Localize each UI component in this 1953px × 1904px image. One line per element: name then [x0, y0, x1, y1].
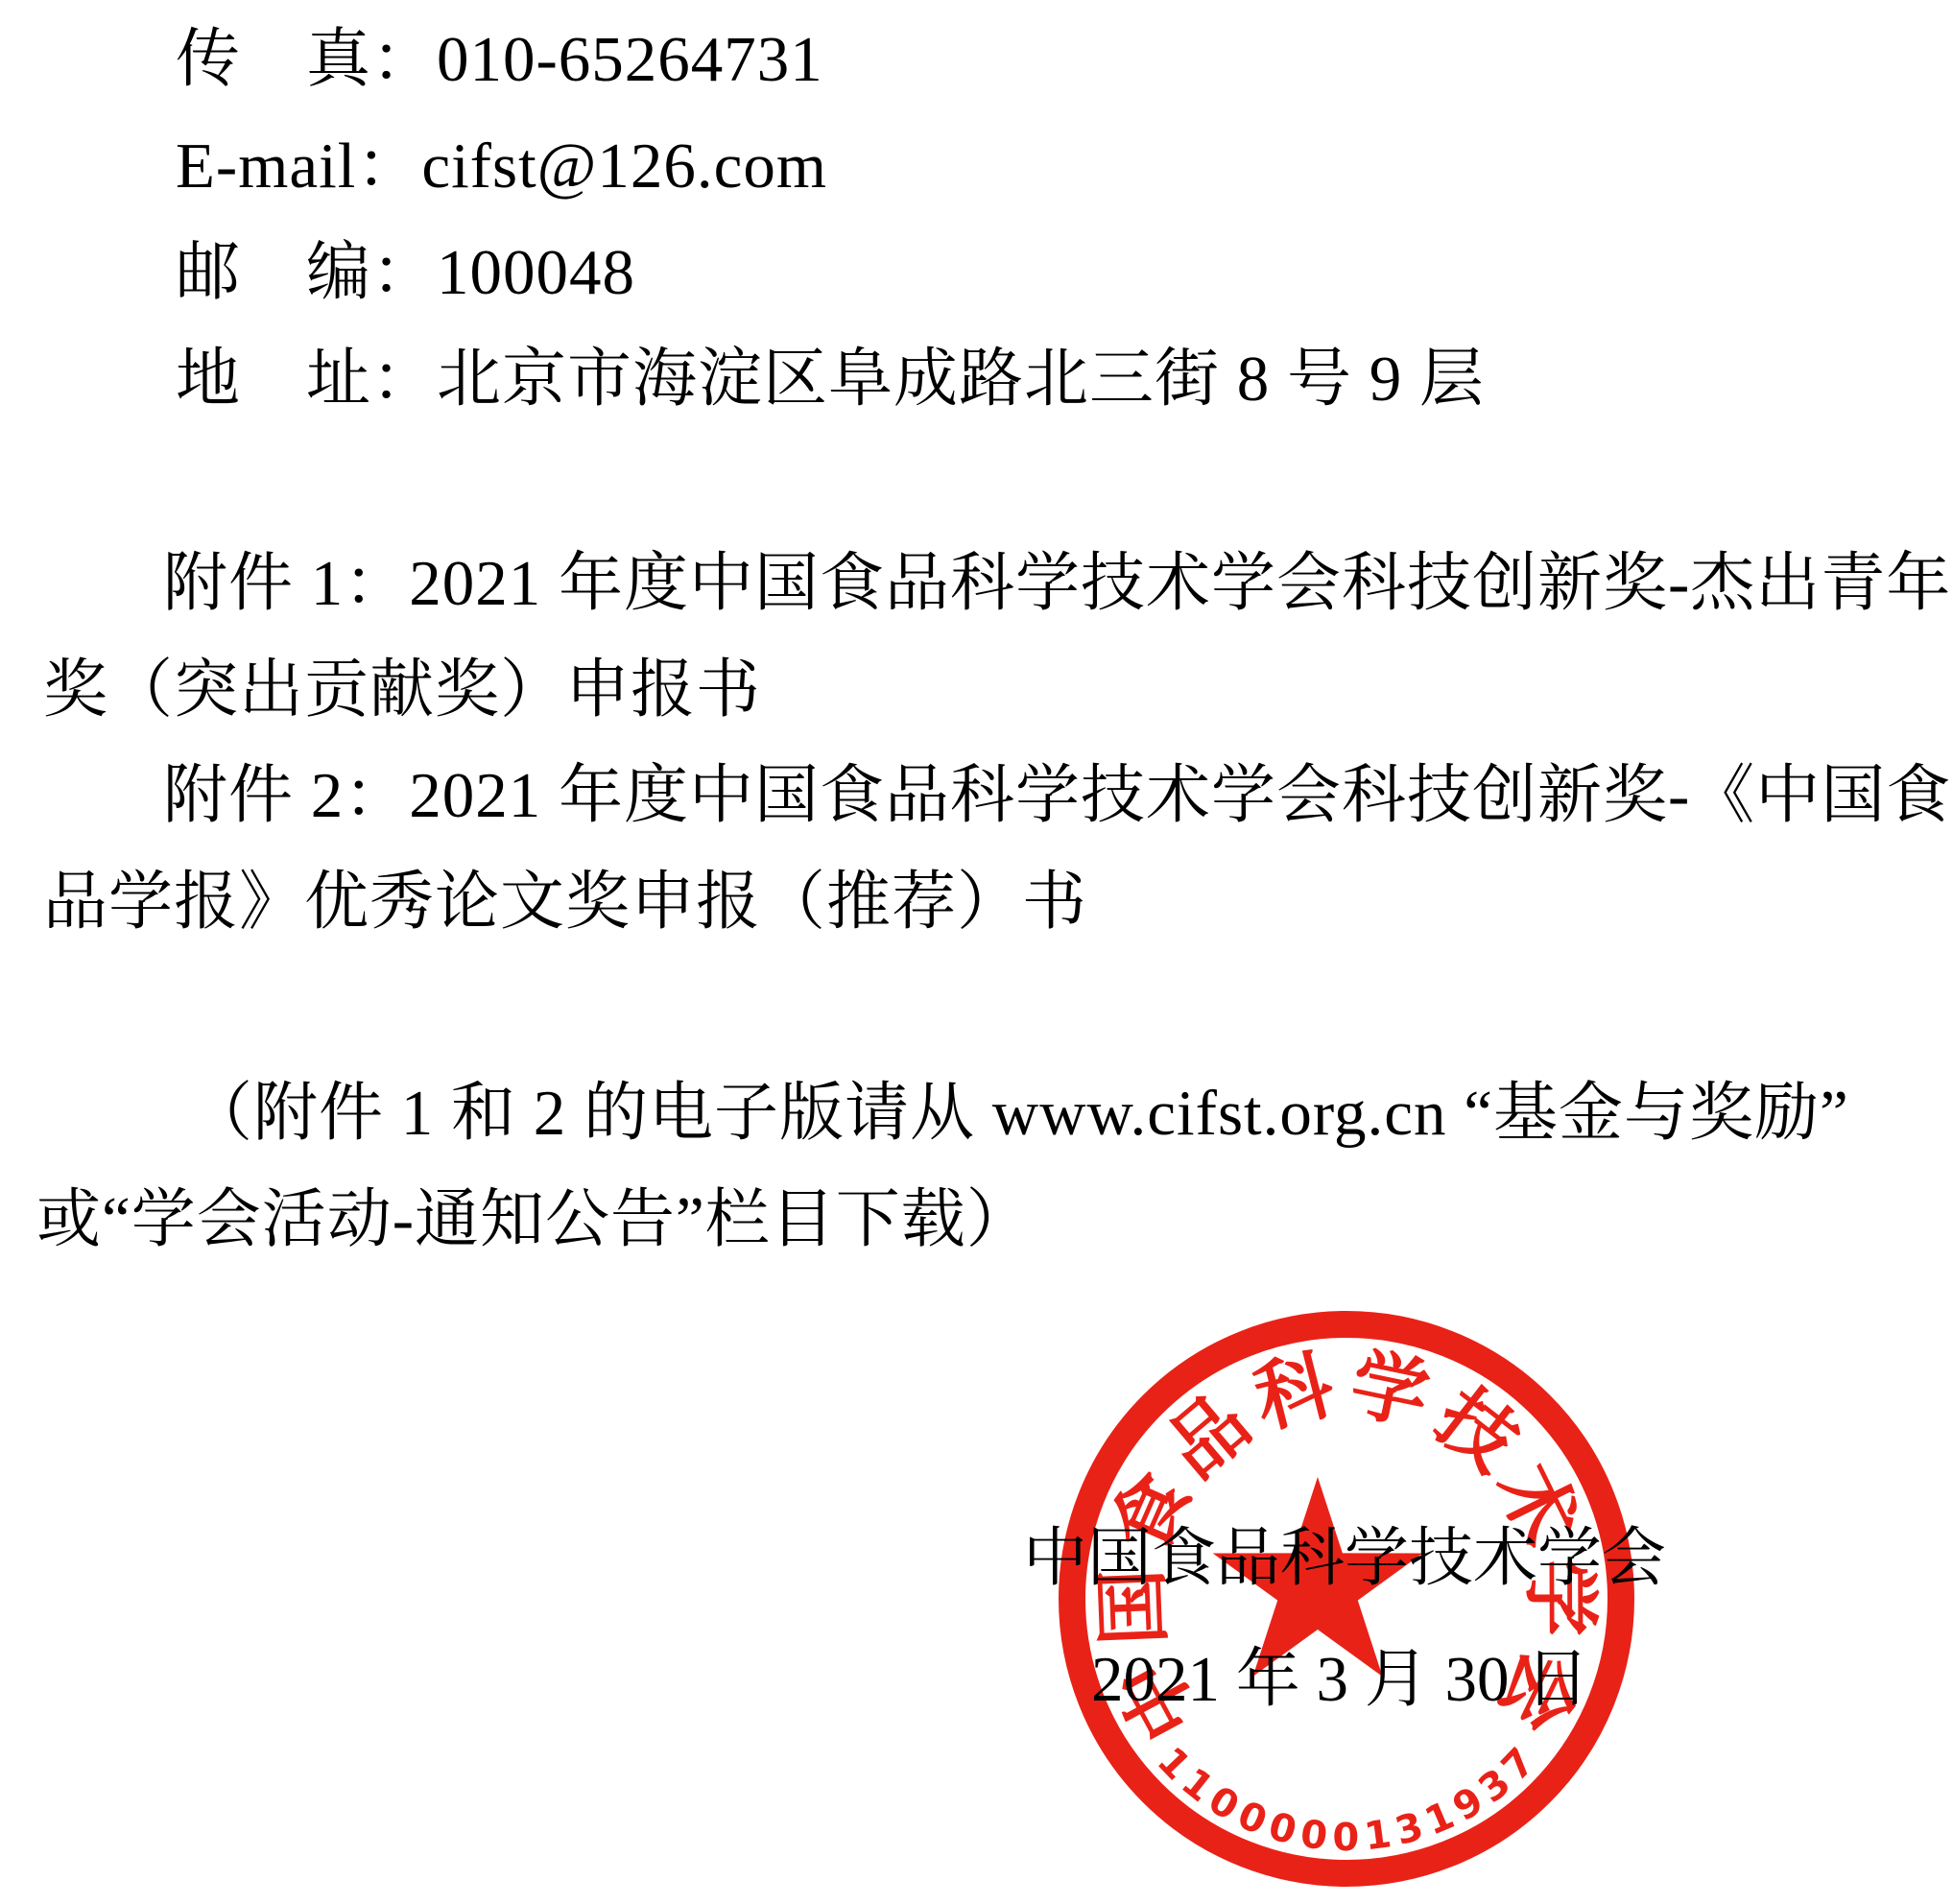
download-note-line1: （附件 1 和 2 的电子版请从 www.cifst.org.cn “基金与奖励… [188, 1079, 1849, 1148]
postcode-line: 邮 编：100048 [176, 238, 635, 307]
address-label: 地 址： [176, 344, 437, 415]
attachment2-line1: 附件 2：2021 年度中国食品科学技术学会科技创新奖-《中国食 [163, 761, 1951, 830]
postcode-label: 邮 编： [176, 237, 437, 308]
attachment1-line1: 附件 1：2021 年度中国食品科学技术学会科技创新奖-杰出青年 [163, 549, 1951, 618]
postcode-value: 100048 [437, 237, 635, 308]
fax-line: 传 真：010-65264731 [176, 25, 823, 94]
document-page: 传 真：010-65264731 E-mail：cifst@126.com 邮 … [0, 0, 1953, 1904]
address-value: 北京市海淀区阜成路北三街 8 号 9 层 [437, 344, 1485, 415]
email-line: E-mail：cifst@126.com [176, 131, 827, 201]
address-line: 地 址：北京市海淀区阜成路北三街 8 号 9 层 [176, 345, 1485, 414]
email-label: E-mail： [176, 131, 421, 202]
star-icon [1213, 1477, 1423, 1677]
attachment1-line2: 奖（突出贡献奖）申报书 [43, 655, 761, 725]
fax-label: 传 真： [176, 24, 437, 95]
download-note-line2: 或“学会活动-通知公告”栏目下载） [36, 1185, 1032, 1254]
official-seal: 中国食品科学技术学会 1100000131937 [1059, 1311, 1634, 1887]
attachment2-line2: 品学报》优秀论文奖申报（推荐）书 [43, 868, 1087, 937]
email-value: cifst@126.com [421, 131, 827, 202]
fax-value: 010-65264731 [437, 24, 823, 95]
